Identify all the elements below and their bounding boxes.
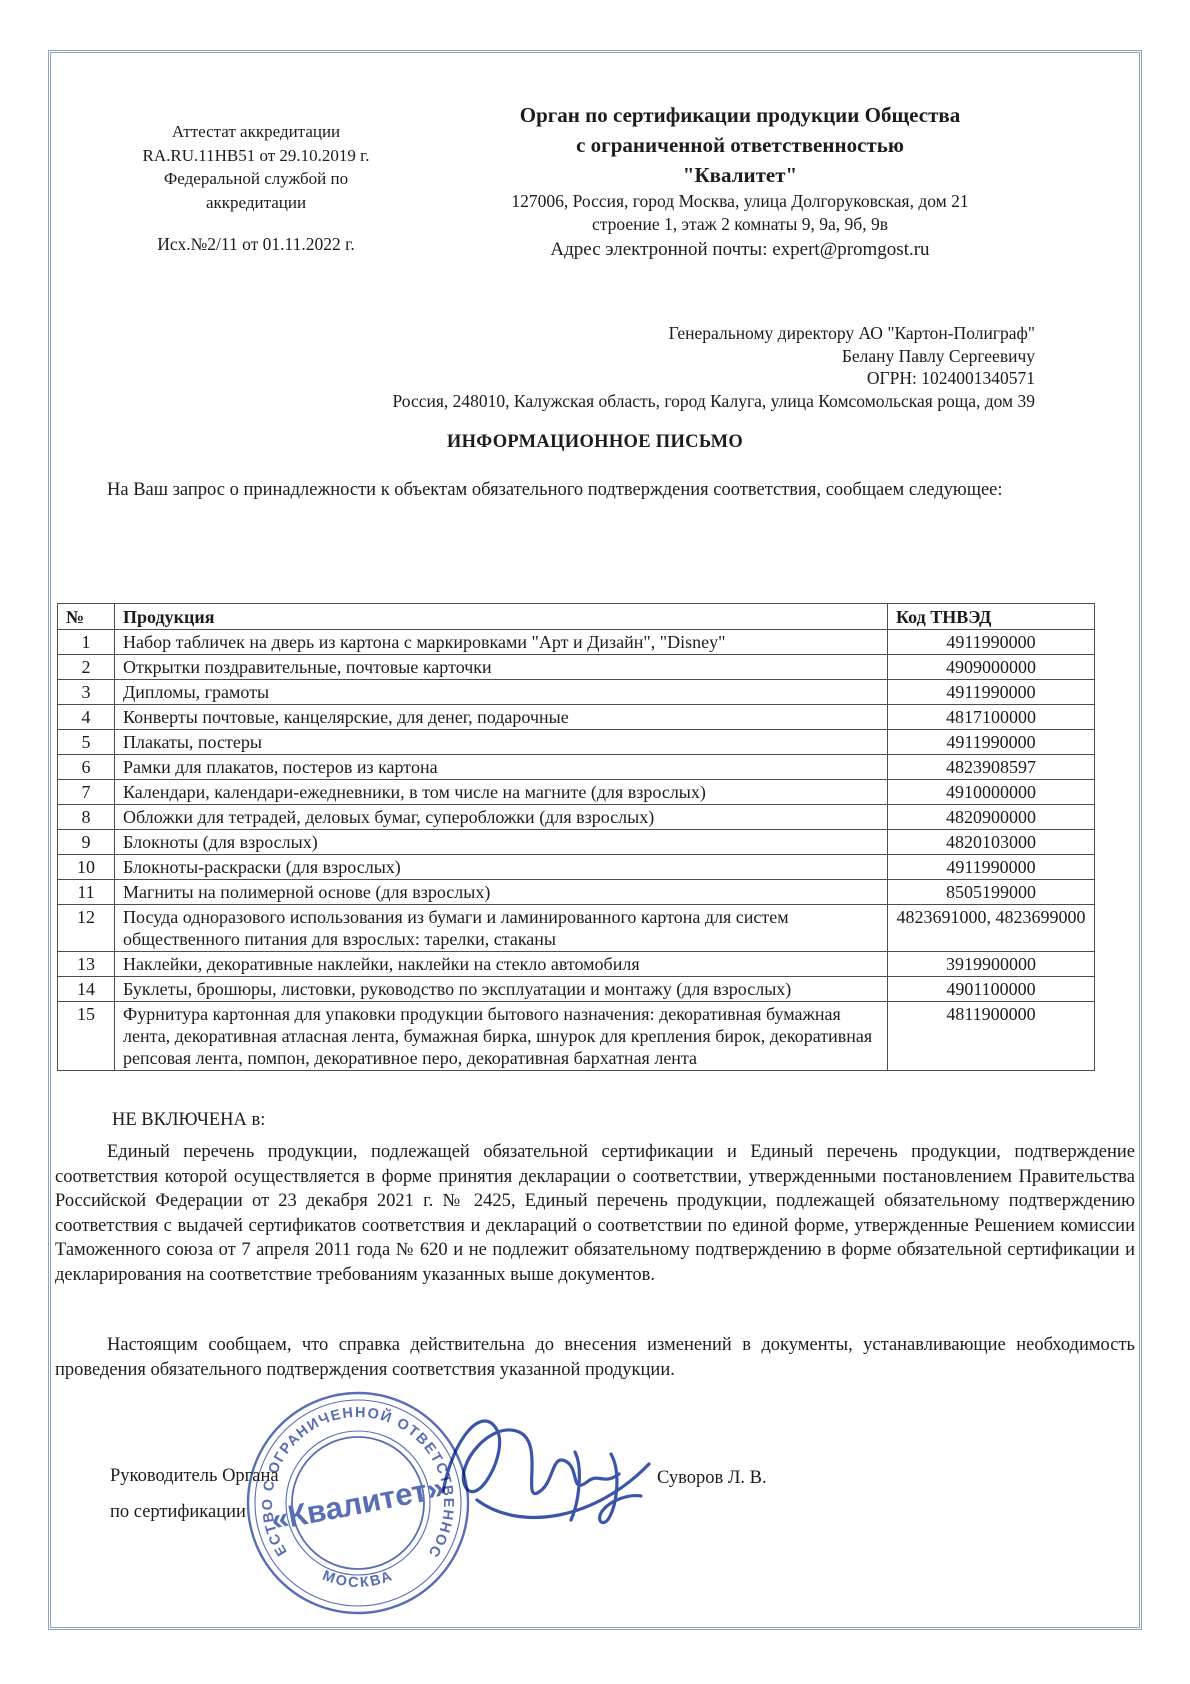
product-cell: Блокноты (для взрослых) — [115, 830, 888, 855]
accreditation-line: RA.RU.11НВ51 от 29.10.2019 г. — [96, 144, 416, 168]
addressee-line: Россия, 248010, Калужская область, город… — [290, 390, 1035, 413]
code-cell: 4811900000 — [888, 1002, 1095, 1071]
product-cell: Посуда одноразового использования из бум… — [115, 905, 888, 952]
addressee-line: Генеральному директору АО "Картон-Полигр… — [290, 322, 1035, 345]
table-row: 1Набор табличек на дверь из картона с ма… — [58, 630, 1095, 655]
row-number: 11 — [58, 880, 115, 905]
code-cell: 4817100000 — [888, 705, 1095, 730]
document-title: ИНФОРМАЦИОННОЕ ПИСЬМО — [55, 432, 1135, 453]
row-number: 5 — [58, 730, 115, 755]
product-cell: Рамки для плакатов, постеров из картона — [115, 755, 888, 780]
column-header-number: № — [58, 604, 115, 630]
accreditation-line: Аттестат аккредитации — [96, 120, 416, 144]
accreditation-block: Аттестат аккредитации RA.RU.11НВ51 от 29… — [96, 120, 416, 214]
table-row: 5Плакаты, постеры4911990000 — [58, 730, 1095, 755]
body-paragraph-1: Единый перечень продукции, подлежащей об… — [55, 1140, 1135, 1287]
table-row: 15Фурнитура картонная для упаковки проду… — [58, 1002, 1095, 1071]
table-row: 11Магниты на полимерной основе (для взро… — [58, 880, 1095, 905]
table-row: 8Обложки для тетрадей, деловых бумаг, су… — [58, 805, 1095, 830]
code-cell: 4820900000 — [888, 805, 1095, 830]
org-email-line: Адрес электронной почты: expert@promgost… — [442, 236, 1038, 263]
accreditation-line: Федеральной службой по — [96, 167, 416, 191]
table-header-row: № Продукция Код ТНВЭД — [58, 604, 1095, 630]
row-number: 13 — [58, 952, 115, 977]
code-cell: 4911990000 — [888, 680, 1095, 705]
code-cell: 4911990000 — [888, 855, 1095, 880]
not-included-heading: НЕ ВКЛЮЧЕНА в: — [112, 1110, 265, 1131]
code-cell: 4823908597 — [888, 755, 1095, 780]
table-row: 12Посуда одноразового использования из б… — [58, 905, 1095, 952]
table-row: 3Дипломы, грамоты4911990000 — [58, 680, 1095, 705]
products-table: № Продукция Код ТНВЭД 1Набор табличек на… — [57, 603, 1095, 1071]
org-title-line: "Квалитет" — [442, 160, 1038, 190]
table-row: 6Рамки для плакатов, постеров из картона… — [58, 755, 1095, 780]
signer-name: Суворов Л. В. — [657, 1468, 767, 1489]
product-cell: Блокноты-раскраски (для взрослых) — [115, 855, 888, 880]
org-title-line: Орган по сертификации продукции Общества — [442, 100, 1038, 130]
table-row: 14Буклеты, брошюры, листовки, руководств… — [58, 977, 1095, 1002]
table-row: 7Календари, календари-ежедневники, в том… — [58, 780, 1095, 805]
document-page: Аттестат аккредитации RA.RU.11НВ51 от 29… — [0, 0, 1190, 1684]
accreditation-line: аккредитации — [96, 191, 416, 215]
code-cell: 4820103000 — [888, 830, 1095, 855]
addressee-line: Белану Павлу Сергеевичу — [290, 345, 1035, 368]
product-cell: Календари, календари-ежедневники, в том … — [115, 780, 888, 805]
row-number: 8 — [58, 805, 115, 830]
row-number: 3 — [58, 680, 115, 705]
row-number: 1 — [58, 630, 115, 655]
code-cell: 4909000000 — [888, 655, 1095, 680]
row-number: 2 — [58, 655, 115, 680]
table-row: 4Конверты почтовые, канцелярские, для де… — [58, 705, 1095, 730]
code-cell: 8505199000 — [888, 880, 1095, 905]
product-cell: Магниты на полимерной основе (для взросл… — [115, 880, 888, 905]
row-number: 15 — [58, 1002, 115, 1071]
product-cell: Наклейки, декоративные наклейки, наклейк… — [115, 952, 888, 977]
org-title-line: с ограниченной ответственностью — [442, 130, 1038, 160]
row-number: 9 — [58, 830, 115, 855]
org-address-line: строение 1, этаж 2 комнаты 9, 9а, 9б, 9в — [442, 213, 1038, 236]
intro-paragraph: На Ваш запрос о принадлежности к объекта… — [55, 478, 1135, 504]
body-paragraph-2: Настоящим сообщаем, что справка действит… — [55, 1333, 1135, 1382]
column-header-code: Код ТНВЭД — [888, 604, 1095, 630]
table-row: 10Блокноты-раскраски (для взрослых)49119… — [58, 855, 1095, 880]
handwritten-signature-icon — [425, 1392, 665, 1557]
code-cell: 4911990000 — [888, 730, 1095, 755]
row-number: 4 — [58, 705, 115, 730]
product-cell: Плакаты, постеры — [115, 730, 888, 755]
code-cell: 4823691000, 4823699000 — [888, 905, 1095, 952]
row-number: 7 — [58, 780, 115, 805]
product-cell: Обложки для тетрадей, деловых бумаг, суп… — [115, 805, 888, 830]
table-row: 13Наклейки, декоративные наклейки, накле… — [58, 952, 1095, 977]
row-number: 14 — [58, 977, 115, 1002]
row-number: 6 — [58, 755, 115, 780]
outgoing-reference: Исх.№2/11 от 01.11.2022 г. — [96, 234, 416, 255]
code-cell: 4901100000 — [888, 977, 1095, 1002]
product-cell: Открытки поздравительные, почтовые карто… — [115, 655, 888, 680]
product-cell: Фурнитура картонная для упаковки продукц… — [115, 1002, 888, 1071]
org-address-line: 127006, Россия, город Москва, улица Долг… — [442, 190, 1038, 213]
organization-block: Орган по сертификации продукции Общества… — [442, 100, 1038, 263]
product-cell: Буклеты, брошюры, листовки, руководство … — [115, 977, 888, 1002]
addressee-block: Генеральному директору АО "Картон-Полигр… — [290, 322, 1035, 412]
row-number: 12 — [58, 905, 115, 952]
product-cell: Конверты почтовые, канцелярские, для ден… — [115, 705, 888, 730]
code-cell: 4910000000 — [888, 780, 1095, 805]
code-cell: 3919900000 — [888, 952, 1095, 977]
row-number: 10 — [58, 855, 115, 880]
code-cell: 4911990000 — [888, 630, 1095, 655]
table-row: 2Открытки поздравительные, почтовые карт… — [58, 655, 1095, 680]
column-header-product: Продукция — [115, 604, 888, 630]
product-cell: Набор табличек на дверь из картона с мар… — [115, 630, 888, 655]
table-row: 9Блокноты (для взрослых)4820103000 — [58, 830, 1095, 855]
addressee-line: ОГРН: 1024001340571 — [290, 367, 1035, 390]
product-cell: Дипломы, грамоты — [115, 680, 888, 705]
